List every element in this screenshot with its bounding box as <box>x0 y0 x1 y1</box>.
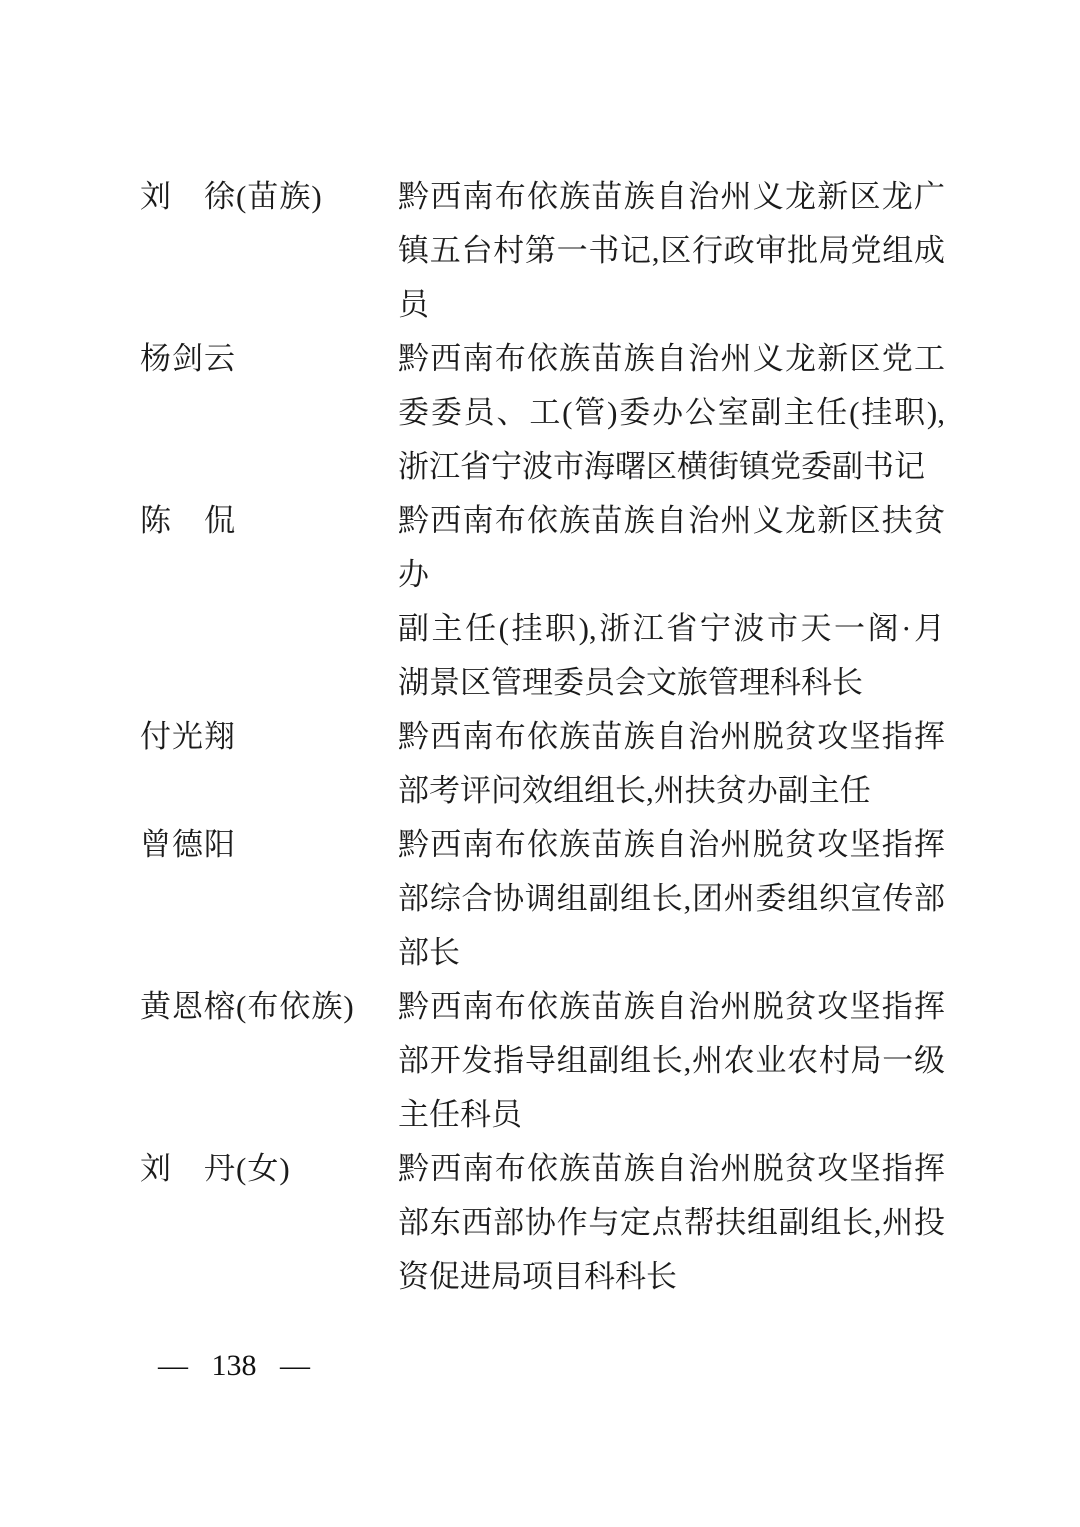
position-line: 黔西南布依族苗族自治州脱贫攻坚指挥 <box>398 980 945 1034</box>
position-line: 黔西南布依族苗族自治州脱贫攻坚指挥 <box>398 1142 945 1196</box>
entry-position: 黔西南布依族苗族自治州义龙新区扶贫办副主任(挂职),浙江省宁波市天一阁·月湖景区… <box>398 494 945 710</box>
entry-name: 曾德阳 <box>140 818 398 872</box>
roster-entry: 曾德阳 黔西南布依族苗族自治州脱贫攻坚指挥部综合协调组副组长,团州委组织宣传部部… <box>140 818 945 980</box>
entry-name: 杨剑云 <box>140 332 398 386</box>
roster-entry: 付光翔 黔西南布依族苗族自治州脱贫攻坚指挥部考评问效组组长,州扶贫办副主任 <box>140 710 945 818</box>
entry-position: 黔西南布依族苗族自治州脱贫攻坚指挥部综合协调组副组长,团州委组织宣传部部长 <box>398 818 945 980</box>
entry-name: 刘 丹(女) <box>140 1142 398 1196</box>
position-line: 浙江省宁波市海曙区横街镇党委副书记 <box>398 440 945 494</box>
position-line: 委委员、工(管)委办公室副主任(挂职), <box>398 386 945 440</box>
entry-position: 黔西南布依族苗族自治州脱贫攻坚指挥部东西部协作与定点帮扶组副组长,州投资促进局项… <box>398 1142 945 1304</box>
position-line: 部长 <box>398 926 945 980</box>
position-line: 资促进局项目科科长 <box>398 1250 945 1304</box>
position-line: 黔西南布依族苗族自治州义龙新区龙广 <box>398 170 945 224</box>
position-line: 湖景区管理委员会文旅管理科科长 <box>398 656 945 710</box>
document-page: 刘 徐(苗族) 黔西南布依族苗族自治州义龙新区龙广镇五台村第一书记,区行政审批局… <box>0 0 1080 1527</box>
position-line: 员 <box>398 278 945 332</box>
entry-name: 付光翔 <box>140 710 398 764</box>
roster-entry: 黄恩榕(布依族) 黔西南布依族苗族自治州脱贫攻坚指挥部开发指导组副组长,州农业农… <box>140 980 945 1142</box>
roster-list: 刘 徐(苗族) 黔西南布依族苗族自治州义龙新区龙广镇五台村第一书记,区行政审批局… <box>140 170 945 1304</box>
position-line: 黔西南布依族苗族自治州脱贫攻坚指挥 <box>398 818 945 872</box>
entry-name: 陈 侃 <box>140 494 398 548</box>
roster-entry: 杨剑云 黔西南布依族苗族自治州义龙新区党工委委员、工(管)委办公室副主任(挂职)… <box>140 332 945 494</box>
position-line: 黔西南布依族苗族自治州义龙新区党工 <box>398 332 945 386</box>
position-line: 主任科员 <box>398 1088 945 1142</box>
position-line: 黔西南布依族苗族自治州脱贫攻坚指挥 <box>398 710 945 764</box>
position-line: 部考评问效组组长,州扶贫办副主任 <box>398 764 945 818</box>
position-line: 黔西南布依族苗族自治州义龙新区扶贫办 <box>398 494 945 602</box>
entry-position: 黔西南布依族苗族自治州脱贫攻坚指挥部开发指导组副组长,州农业农村局一级主任科员 <box>398 980 945 1142</box>
entry-position: 黔西南布依族苗族自治州义龙新区龙广镇五台村第一书记,区行政审批局党组成员 <box>398 170 945 332</box>
position-line: 部东西部协作与定点帮扶组副组长,州投 <box>398 1196 945 1250</box>
roster-entry: 刘 徐(苗族) 黔西南布依族苗族自治州义龙新区龙广镇五台村第一书记,区行政审批局… <box>140 170 945 332</box>
entry-name: 刘 徐(苗族) <box>140 170 398 224</box>
entry-position: 黔西南布依族苗族自治州义龙新区党工委委员、工(管)委办公室副主任(挂职),浙江省… <box>398 332 945 494</box>
position-line: 副主任(挂职),浙江省宁波市天一阁·月 <box>398 602 945 656</box>
entry-position: 黔西南布依族苗族自治州脱贫攻坚指挥部考评问效组组长,州扶贫办副主任 <box>398 710 945 818</box>
position-line: 镇五台村第一书记,区行政审批局党组成 <box>398 224 945 278</box>
position-line: 部开发指导组副组长,州农业农村局一级 <box>398 1034 945 1088</box>
roster-entry: 刘 丹(女) 黔西南布依族苗族自治州脱贫攻坚指挥部东西部协作与定点帮扶组副组长,… <box>140 1142 945 1304</box>
position-line: 部综合协调组副组长,团州委组织宣传部 <box>398 872 945 926</box>
roster-entry: 陈 侃 黔西南布依族苗族自治州义龙新区扶贫办副主任(挂职),浙江省宁波市天一阁·… <box>140 494 945 710</box>
entry-name: 黄恩榕(布依族) <box>140 980 398 1034</box>
page-number: — 138 — <box>158 1346 310 1386</box>
